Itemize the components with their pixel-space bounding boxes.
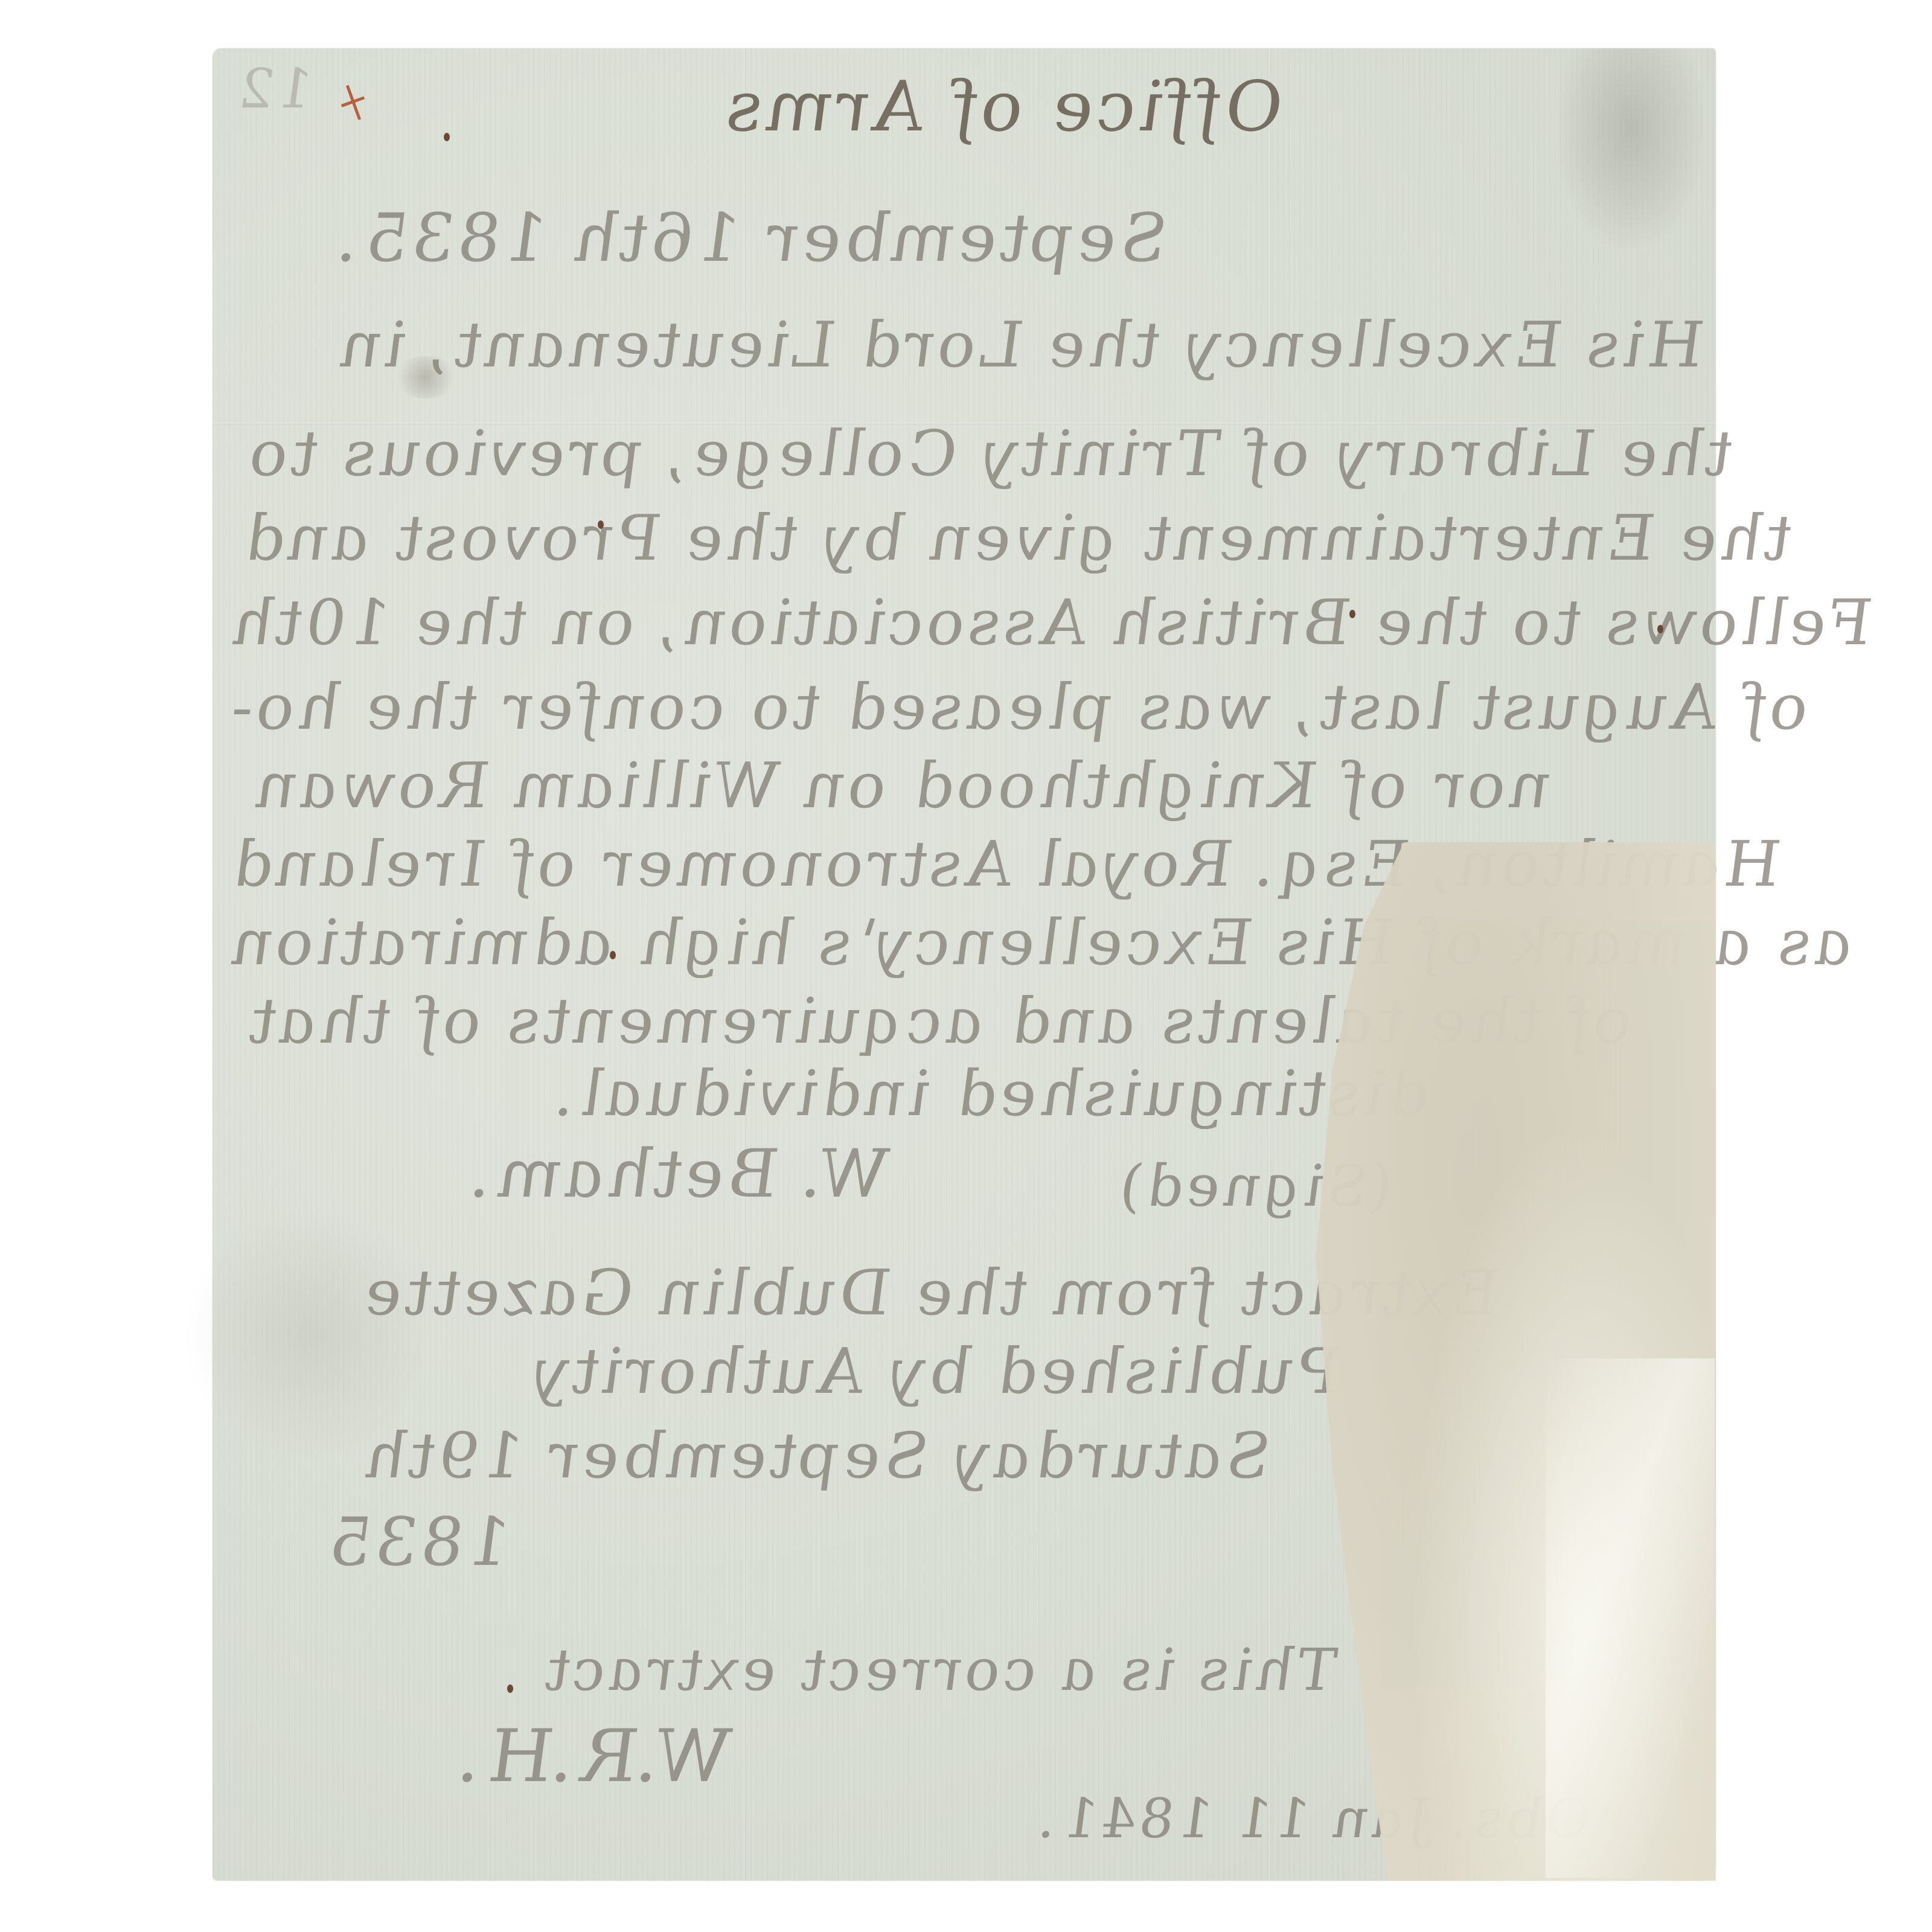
ink-speck (444, 133, 450, 141)
body-line: of August last, was pleased to confer th… (217, 670, 1821, 744)
extract-year: 1835 (313, 1503, 522, 1581)
header-date: September 16th 1835. (325, 199, 1179, 277)
extract-line: Saturday September 19th (350, 1419, 1282, 1492)
corner-stain (1558, 48, 1703, 248)
body-line: distinguished individual. (543, 1057, 1441, 1130)
ink-speck (1349, 610, 1355, 618)
extract-line: Published by Authority (519, 1334, 1352, 1408)
body-line: the Entertainment given by the Provost a… (229, 501, 1803, 575)
ink-speck (507, 1684, 513, 1693)
header-office: Office of Arms (711, 66, 1295, 147)
certification-initials: W.R.H. (445, 1715, 743, 1799)
ink-speck (1657, 625, 1663, 633)
signature-name: W. Betham. (458, 1135, 900, 1212)
body-line: nor of Knighthood on William Rowan (241, 749, 1563, 822)
certification-text: This is a correct extract (533, 1636, 1347, 1704)
ink-speck (610, 951, 616, 959)
body-line: Fellows to the British Association, on t… (217, 586, 1883, 659)
body-line: the Library of Trinity College, previous… (235, 417, 1744, 490)
tissue-crease-highlight (1546, 1358, 1715, 1878)
body-line: His Excellency the Lord Lieutenant, in (326, 308, 1715, 382)
ink-speck (598, 520, 604, 529)
